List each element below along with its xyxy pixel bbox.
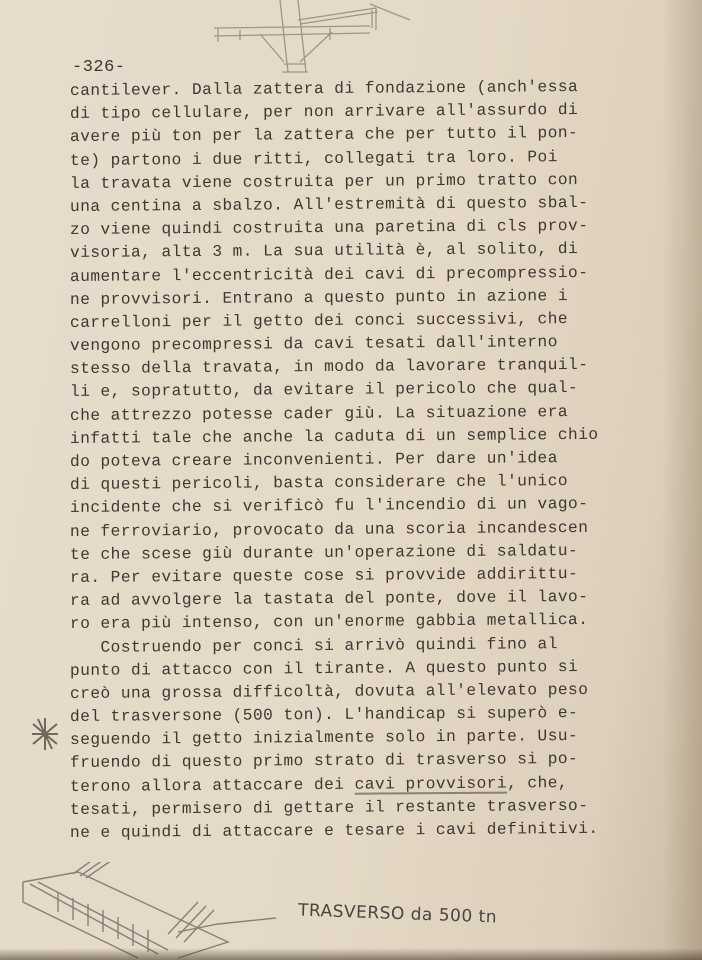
text-segment: ro era più intenso, con un'enorme gabbia…: [70, 611, 589, 633]
text-segment: ra ad avvolgere la tastata del ponte, do…: [70, 588, 589, 610]
text-segment: ne e quindi di attaccare e tesare i cavi…: [70, 820, 599, 842]
text-segment: infatti tale che anche la caduta di un s…: [70, 426, 599, 448]
typewritten-body: cantilever. Dalla zattera di fondazione …: [70, 80, 700, 845]
text-segment: di questi pericoli, basta considerare ch…: [70, 472, 568, 494]
text-segment: visoria, alta 3 m. La sua utilità è, al …: [70, 240, 578, 262]
text-segment: ne provvisori. Entrano a questo punto in…: [70, 287, 568, 309]
text-segment: tesati, permisero di gettare il restante…: [70, 797, 589, 819]
page-bottom-shadow: [0, 948, 702, 960]
text-line: ne e quindi di attaccare e tesare i cavi…: [70, 817, 700, 845]
text-segment: fruendo di questo primo strato di trasve…: [70, 750, 578, 772]
margin-asterisk-icon: [30, 716, 60, 752]
bridge-sketch-top-icon: [200, 0, 430, 80]
text-segment: seguendo il getto inizialmente solo in p…: [70, 727, 578, 749]
text-segment: do poteva creare inconvenienti. Per dare…: [70, 449, 558, 471]
text-segment: la travata viene costruita per un primo …: [70, 171, 578, 193]
text-segment: , che,: [507, 774, 568, 792]
text-segment: te) partono i due ritti, collegati tra l…: [70, 148, 558, 170]
handwritten-annotation: TRASVERSO da 500 tn: [298, 901, 498, 928]
text-segment: ra. Per evitare queste cose si provvide …: [70, 565, 578, 587]
scanned-document-page: -326- cantilever. Dalla zattera di fonda…: [0, 0, 702, 960]
page-edge-shadow: [662, 0, 702, 960]
page-number: -326-: [72, 58, 126, 77]
text-segment: punto di attacco con il tirante. A quest…: [70, 658, 578, 680]
text-segment: creò una grossa difficoltà, dovuta all'e…: [70, 681, 589, 703]
underlined-phrase: cavi provvisori: [355, 774, 508, 793]
text-segment: del trasversone (500 ton). L'handicap si…: [70, 704, 578, 726]
text-segment: incidente che si verificò fu l'incendio …: [70, 495, 589, 517]
text-segment: terono allora attaccare dei: [70, 775, 355, 795]
text-segment: zo viene quindi costruita una paretina d…: [70, 217, 589, 239]
text-segment: ne ferroviario, provocato da una scoria …: [70, 518, 589, 540]
transverse-beam-sketch-icon: [18, 862, 318, 960]
text-segment: Costruendo per conci si arrivò quindi fi…: [70, 635, 558, 657]
text-segment: che attrezzo potesse cader giù. La situa…: [70, 403, 568, 425]
text-segment: carrelloni per il getto dei conci succes…: [70, 310, 568, 332]
text-segment: una centina a sbalzo. All'estremità di q…: [70, 194, 589, 216]
text-segment: te che scese giù durante un'operazione d…: [70, 542, 578, 564]
text-segment: stesso della travata, in modo da lavorar…: [70, 356, 589, 378]
text-segment: vengono precompressi da cavi tesati dall…: [70, 333, 558, 355]
text-segment: li e, sopratutto, da evitare il pericolo…: [70, 379, 578, 401]
text-segment: aumentare l'eccentricità dei cavi di pre…: [70, 263, 589, 285]
text-segment: di tipo cellulare, per non arrivare all'…: [70, 101, 578, 123]
text-segment: cantilever. Dalla zattera di fondazione …: [70, 78, 578, 100]
text-segment: avere più ton per la zattera che per tut…: [70, 124, 578, 146]
